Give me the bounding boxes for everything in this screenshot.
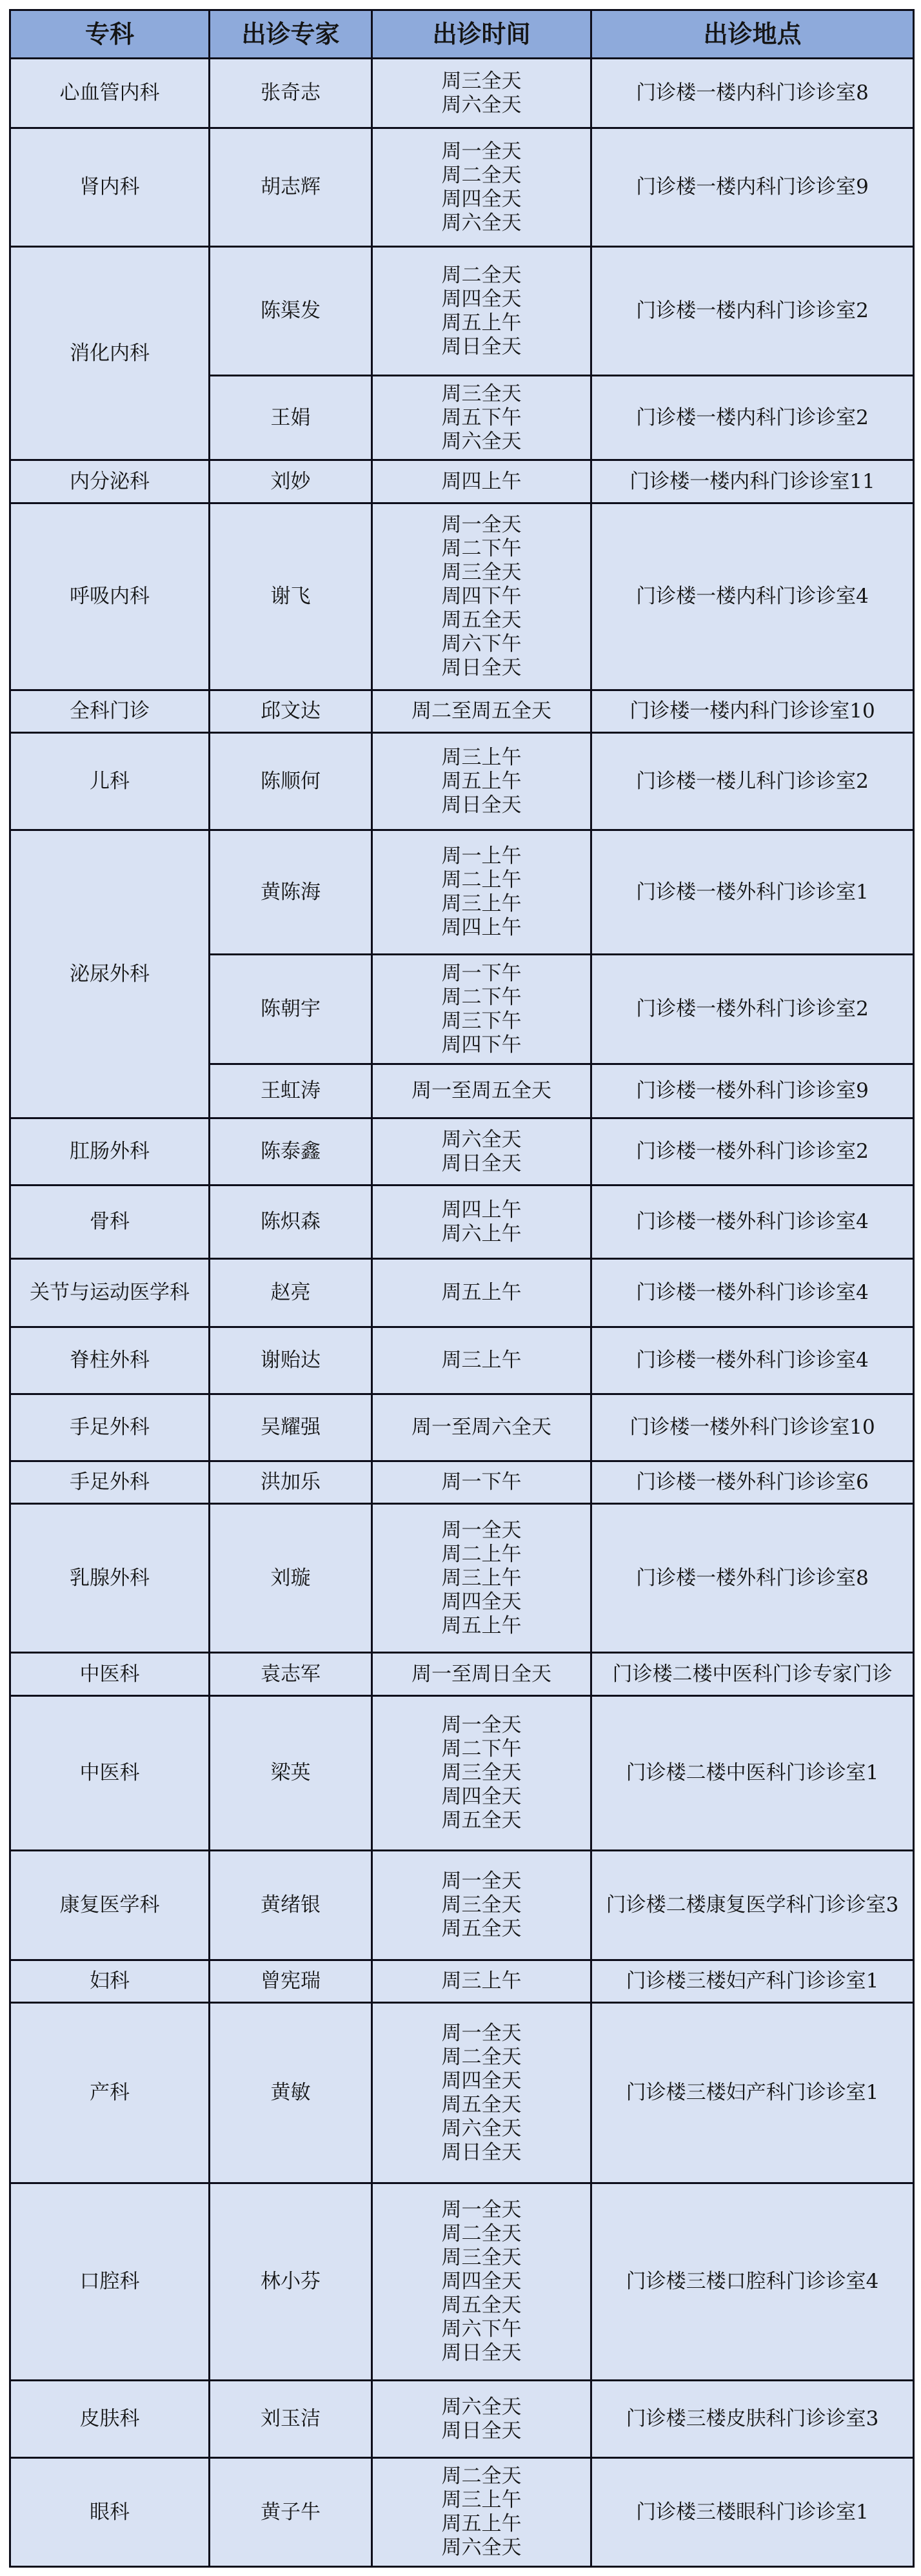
expert-cell: 洪加乐 [210,1461,372,1504]
table-row: 心血管内科 张奇志 周三全天 周六全天 门诊楼一楼内科门诊诊室8 [10,59,914,128]
department-cell: 泌尿外科 [10,830,210,1118]
table-row: 泌尿外科 黄陈海 周一上午 周二上午 周三上午 周四上午 门诊楼一楼外科门诊诊室… [10,830,914,955]
department-cell: 肾内科 [10,128,210,247]
schedule-cell: 周四上午 周六上午 [372,1186,591,1259]
schedule-cell: 周一全天 周二下午 周三全天 周四下午 周五全天 周六下午 周日全天 [372,503,591,690]
department-cell: 消化内科 [10,247,210,460]
table-row: 皮肤科 刘玉洁 周六全天 周日全天 门诊楼三楼皮肤科门诊诊室3 [10,2381,914,2458]
location-cell: 门诊楼三楼皮肤科门诊诊室3 [591,2381,914,2458]
schedule-cell: 周三上午 周五上午 周日全天 [372,733,591,830]
header-location: 出诊地点 [591,10,914,59]
location-cell: 门诊楼一楼内科门诊诊室4 [591,503,914,690]
expert-cell: 王娟 [210,376,372,460]
location-cell: 门诊楼二楼中医科门诊诊室1 [591,1696,914,1851]
table-row: 骨科 陈炽森 周四上午 周六上午 门诊楼一楼外科门诊诊室4 [10,1186,914,1259]
location-cell: 门诊楼一楼内科门诊诊室9 [591,128,914,247]
schedule-cell: 周二全天 周三上午 周五上午 周六全天 [372,2458,591,2567]
schedule-cell: 周二全天 周四全天 周五上午 周日全天 [372,247,591,376]
location-cell: 门诊楼三楼妇产科门诊诊室1 [591,1960,914,2003]
expert-cell: 刘玉洁 [210,2381,372,2458]
expert-cell: 谢贻达 [210,1327,372,1394]
table-row: 儿科 陈顺何 周三上午 周五上午 周日全天 门诊楼一楼儿科门诊诊室2 [10,733,914,830]
clinic-schedule-table: 专科 出诊专家 出诊时间 出诊地点 心血管内科 张奇志 周三全天 周六全天 门诊… [9,9,915,2568]
table-row: 康复医学科 黄绪银 周一全天 周三全天 周五全天 门诊楼二楼康复医学科门诊诊室3 [10,1851,914,1960]
expert-cell: 刘妙 [210,460,372,503]
table-row: 手足外科 吴耀强 周一至周六全天 门诊楼一楼外科门诊诊室10 [10,1394,914,1461]
table-row: 消化内科 陈渠发 周二全天 周四全天 周五上午 周日全天 门诊楼一楼内科门诊诊室… [10,247,914,376]
header-expert: 出诊专家 [210,10,372,59]
location-cell: 门诊楼一楼内科门诊诊室2 [591,247,914,376]
location-cell: 门诊楼一楼外科门诊诊室8 [591,1504,914,1653]
department-cell: 儿科 [10,733,210,830]
location-cell: 门诊楼一楼内科门诊诊室10 [591,690,914,733]
expert-cell: 黄子牛 [210,2458,372,2567]
schedule-cell: 周一全天 周二全天 周四全天 周五全天 周六全天 周日全天 [372,2003,591,2183]
expert-cell: 吴耀强 [210,1394,372,1461]
location-cell: 门诊楼一楼内科门诊诊室8 [591,59,914,128]
schedule-cell: 周五上午 [372,1259,591,1327]
table-row: 关节与运动医学科 赵亮 周五上午 门诊楼一楼外科门诊诊室4 [10,1259,914,1327]
department-cell: 康复医学科 [10,1851,210,1960]
expert-cell: 王虹涛 [210,1064,372,1118]
department-cell: 骨科 [10,1186,210,1259]
department-cell: 口腔科 [10,2183,210,2381]
schedule-cell: 周一全天 周二全天 周四全天 周六全天 [372,128,591,247]
department-cell: 皮肤科 [10,2381,210,2458]
schedule-cell: 周一全天 周二下午 周三全天 周四全天 周五全天 [372,1696,591,1851]
table-row: 手足外科 洪加乐 周一下午 门诊楼一楼外科门诊诊室6 [10,1461,914,1504]
expert-cell: 邱文达 [210,690,372,733]
table-row: 呼吸内科 谢飞 周一全天 周二下午 周三全天 周四下午 周五全天 周六下午 周日… [10,503,914,690]
location-cell: 门诊楼一楼内科门诊诊室11 [591,460,914,503]
expert-cell: 陈炽森 [210,1186,372,1259]
table-row: 肛肠外科 陈泰鑫 周六全天 周日全天 门诊楼一楼外科门诊诊室2 [10,1118,914,1186]
location-cell: 门诊楼一楼外科门诊诊室4 [591,1259,914,1327]
department-cell: 脊柱外科 [10,1327,210,1394]
schedule-cell: 周三上午 [372,1327,591,1394]
schedule-cell: 周一至周六全天 [372,1394,591,1461]
location-cell: 门诊楼三楼妇产科门诊诊室1 [591,2003,914,2183]
location-cell: 门诊楼一楼外科门诊诊室10 [591,1394,914,1461]
department-cell: 产科 [10,2003,210,2183]
department-cell: 中医科 [10,1653,210,1696]
expert-cell: 林小芬 [210,2183,372,2381]
location-cell: 门诊楼二楼中医科门诊专家门诊 [591,1653,914,1696]
schedule-cell: 周一至周日全天 [372,1653,591,1696]
table-row: 肾内科 胡志辉 周一全天 周二全天 周四全天 周六全天 门诊楼一楼内科门诊诊室9 [10,128,914,247]
schedule-cell: 周三全天 周五下午 周六全天 [372,376,591,460]
schedule-cell: 周二至周五全天 [372,690,591,733]
header-row: 专科 出诊专家 出诊时间 出诊地点 [10,10,914,59]
location-cell: 门诊楼一楼外科门诊诊室2 [591,955,914,1064]
schedule-cell: 周六全天 周日全天 [372,1118,591,1186]
table-row: 产科 黄敏 周一全天 周二全天 周四全天 周五全天 周六全天 周日全天 门诊楼三… [10,2003,914,2183]
expert-cell: 陈泰鑫 [210,1118,372,1186]
schedule-cell: 周一上午 周二上午 周三上午 周四上午 [372,830,591,955]
expert-cell: 黄敏 [210,2003,372,2183]
expert-cell: 黄绪银 [210,1851,372,1960]
expert-cell: 赵亮 [210,1259,372,1327]
location-cell: 门诊楼一楼外科门诊诊室4 [591,1327,914,1394]
expert-cell: 梁英 [210,1696,372,1851]
schedule-cell: 周一全天 周三全天 周五全天 [372,1851,591,1960]
schedule-cell: 周一下午 周二下午 周三下午 周四下午 [372,955,591,1064]
table-row: 脊柱外科 谢贻达 周三上午 门诊楼一楼外科门诊诊室4 [10,1327,914,1394]
table-row: 妇科 曾宪瑞 周三上午 门诊楼三楼妇产科门诊诊室1 [10,1960,914,2003]
location-cell: 门诊楼三楼眼科门诊诊室1 [591,2458,914,2567]
department-cell: 中医科 [10,1696,210,1851]
table-row: 中医科 袁志军 周一至周日全天 门诊楼二楼中医科门诊专家门诊 [10,1653,914,1696]
expert-cell: 张奇志 [210,59,372,128]
expert-cell: 黄陈海 [210,830,372,955]
location-cell: 门诊楼一楼内科门诊诊室2 [591,376,914,460]
department-cell: 关节与运动医学科 [10,1259,210,1327]
expert-cell: 袁志军 [210,1653,372,1696]
department-cell: 内分泌科 [10,460,210,503]
expert-cell: 陈顺何 [210,733,372,830]
department-cell: 乳腺外科 [10,1504,210,1653]
expert-cell: 曾宪瑞 [210,1960,372,2003]
location-cell: 门诊楼三楼口腔科门诊诊室4 [591,2183,914,2381]
department-cell: 呼吸内科 [10,503,210,690]
location-cell: 门诊楼一楼外科门诊诊室9 [591,1064,914,1118]
schedule-cell: 周三上午 [372,1960,591,2003]
department-cell: 手足外科 [10,1461,210,1504]
table-row: 全科门诊 邱文达 周二至周五全天 门诊楼一楼内科门诊诊室10 [10,690,914,733]
department-cell: 眼科 [10,2458,210,2567]
header-department: 专科 [10,10,210,59]
location-cell: 门诊楼二楼康复医学科门诊诊室3 [591,1851,914,1960]
table-row: 眼科 黄子牛 周二全天 周三上午 周五上午 周六全天 门诊楼三楼眼科门诊诊室1 [10,2458,914,2567]
department-cell: 全科门诊 [10,690,210,733]
department-cell: 肛肠外科 [10,1118,210,1186]
schedule-cell: 周一至周五全天 [372,1064,591,1118]
expert-cell: 陈朝宇 [210,955,372,1064]
expert-cell: 陈渠发 [210,247,372,376]
department-cell: 心血管内科 [10,59,210,128]
schedule-cell: 周一下午 [372,1461,591,1504]
schedule-cell: 周三全天 周六全天 [372,59,591,128]
table-row: 内分泌科 刘妙 周四上午 门诊楼一楼内科门诊诊室11 [10,460,914,503]
schedule-cell: 周四上午 [372,460,591,503]
header-schedule: 出诊时间 [372,10,591,59]
table-row: 乳腺外科 刘璇 周一全天 周二上午 周三上午 周四全天 周五上午 门诊楼一楼外科… [10,1504,914,1653]
location-cell: 门诊楼一楼儿科门诊诊室2 [591,733,914,830]
schedule-cell: 周一全天 周二全天 周三全天 周四全天 周五全天 周六下午 周日全天 [372,2183,591,2381]
location-cell: 门诊楼一楼外科门诊诊室6 [591,1461,914,1504]
table-row: 中医科 梁英 周一全天 周二下午 周三全天 周四全天 周五全天 门诊楼二楼中医科… [10,1696,914,1851]
table-row: 口腔科 林小芬 周一全天 周二全天 周三全天 周四全天 周五全天 周六下午 周日… [10,2183,914,2381]
department-cell: 妇科 [10,1960,210,2003]
schedule-cell: 周六全天 周日全天 [372,2381,591,2458]
schedule-cell: 周一全天 周二上午 周三上午 周四全天 周五上午 [372,1504,591,1653]
expert-cell: 谢飞 [210,503,372,690]
expert-cell: 刘璇 [210,1504,372,1653]
expert-cell: 胡志辉 [210,128,372,247]
location-cell: 门诊楼一楼外科门诊诊室4 [591,1186,914,1259]
department-cell: 手足外科 [10,1394,210,1461]
location-cell: 门诊楼一楼外科门诊诊室1 [591,830,914,955]
location-cell: 门诊楼一楼外科门诊诊室2 [591,1118,914,1186]
